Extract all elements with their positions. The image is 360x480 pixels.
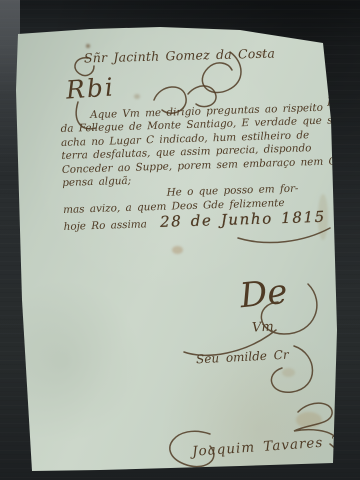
- closing-line: Seu omilde Cr: [196, 348, 289, 367]
- date-prefix: hoje Ro assima: [63, 219, 147, 234]
- handwriting-layer: Sñr Jacinth Gomez da Costa Rbi Aque Vm m…: [14, 24, 340, 474]
- closing-monogram: De: [238, 272, 289, 317]
- manuscript-paper: Sñr Jacinth Gomez da Costa Rbi Aque Vm m…: [14, 24, 340, 474]
- date-value: 28 de Junho 1815: [160, 208, 326, 231]
- addressee-line: Sñr Jacinth Gomez da Costa: [84, 46, 275, 66]
- closing-abbreviation: Vm: [252, 319, 274, 335]
- received-mark: Rbi: [65, 72, 116, 104]
- photo-background: Sñr Jacinth Gomez da Costa Rbi Aque Vm m…: [0, 0, 360, 480]
- letter-body: Aque Vm me dirigio preguntas ao rispeito…: [60, 101, 342, 234]
